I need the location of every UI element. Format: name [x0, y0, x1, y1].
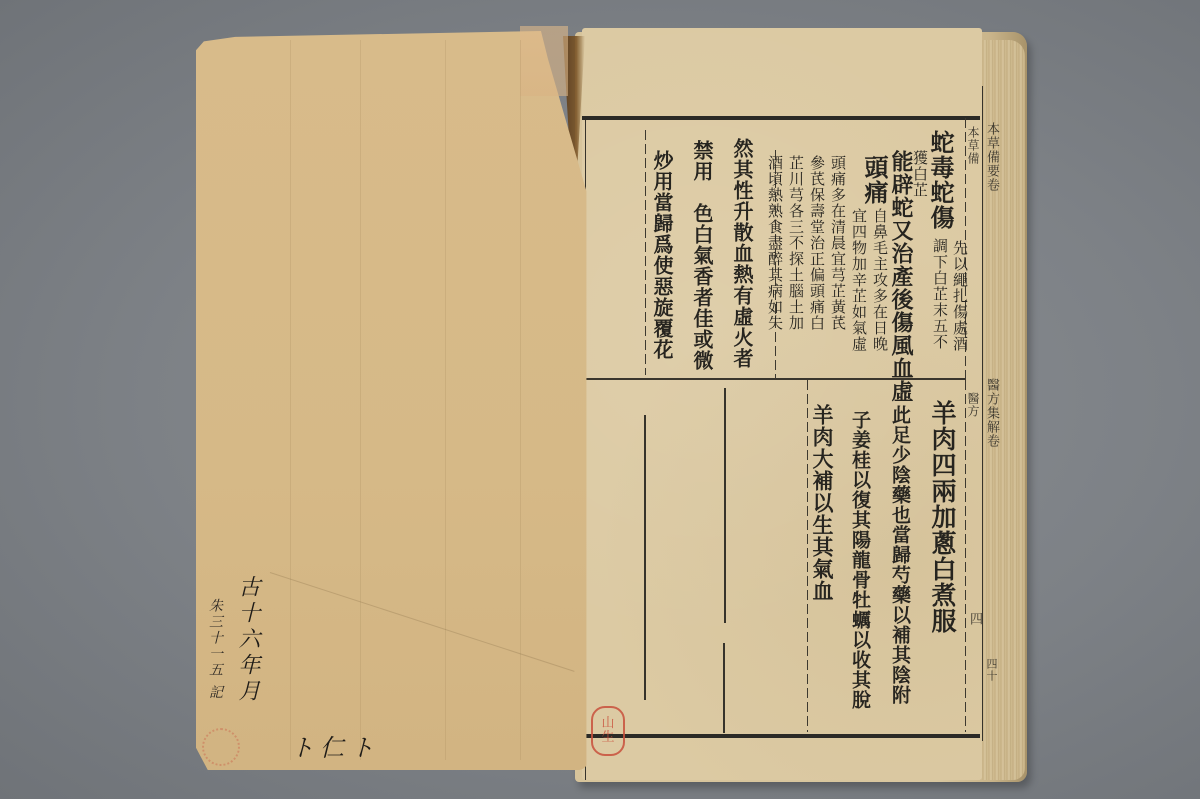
folio-number: 四十 — [986, 658, 997, 682]
text-column: 禁用 色白氣香者佳或微 — [692, 140, 712, 371]
right-frame-border — [982, 86, 983, 741]
annotation-column: 芷川芎各三不探土腦土加 — [788, 155, 803, 331]
annotation-column: 獲白芷 — [912, 150, 927, 198]
handwritten-date-note: 朱三十一五 記 — [205, 598, 225, 700]
annotation-column: 頭痛多在清晨宜芎芷黃芪 — [830, 155, 845, 331]
text-column: 炒用當歸爲使惡旋覆花 — [652, 150, 672, 360]
handwritten-inscription: 古十六年月 — [232, 575, 263, 705]
red-seal-stamp: 山 生 — [591, 706, 625, 756]
cover-crease — [520, 40, 521, 760]
annotation-column: 先以繩扎傷處酒 — [952, 240, 967, 352]
column-rule — [644, 415, 646, 700]
page-number: 四 — [968, 612, 981, 626]
text-column: 此足少陰藥也當歸芍藥以補其陰附 — [890, 405, 909, 705]
top-frame-border — [582, 116, 980, 120]
seal-char: 生 — [601, 731, 614, 745]
text-column: 然其性升散血熱有虛火者 — [732, 138, 752, 369]
cover-crease — [445, 40, 446, 760]
text-column: 頭痛 — [862, 155, 886, 205]
annotation-column: 自鼻毛主攻多在日晚 — [872, 208, 887, 352]
annotation-column: 參芪保壽堂治正偏頭痛白 — [809, 155, 824, 331]
text-page — [582, 28, 982, 780]
text-column: 蛇毒蛇傷 — [928, 130, 952, 230]
book-photo: 本草備要卷 本草備 醫方集解卷 醫方 四 四十 蛇毒蛇傷 先以繩扎傷處酒 調下白… — [0, 0, 1200, 799]
cover-crease — [290, 40, 291, 760]
column-rule — [645, 130, 646, 375]
annotation-column: 調下白芷末五不 — [932, 238, 947, 350]
annotation-column: 酒頃熱熟食盡醉其病如失 — [767, 155, 782, 331]
cover-fold-stain — [520, 26, 568, 96]
column-rule — [965, 380, 966, 732]
column-rule — [724, 388, 726, 623]
text-column: 羊肉四兩加蔥白煮服 — [930, 400, 955, 634]
seal-char: 山 — [601, 717, 614, 731]
text-column: 子姜桂以復其陽龍骨牡蠣以收其脫 — [850, 410, 869, 710]
margin-title-upper: 本草備要卷 — [985, 122, 998, 192]
text-column: 羊肉大補以生其氣血 — [812, 404, 833, 602]
margin-subtitle-lower: 醫方 — [967, 392, 979, 418]
handwritten-signature: ト仁ト — [290, 728, 380, 763]
bottom-frame-border — [586, 734, 980, 738]
annotation-column: 宜四物加辛芷如氣虛 — [851, 208, 866, 352]
column-rule — [807, 380, 808, 732]
text-column: 能辟蛇又治產後傷風血虛 — [890, 150, 912, 403]
cover-crease — [360, 40, 361, 760]
column-rule — [723, 643, 725, 733]
margin-subtitle-upper: 本草備 — [967, 126, 979, 165]
margin-title-lower: 醫方集解卷 — [985, 378, 998, 448]
faded-seal-stamp — [202, 728, 240, 766]
